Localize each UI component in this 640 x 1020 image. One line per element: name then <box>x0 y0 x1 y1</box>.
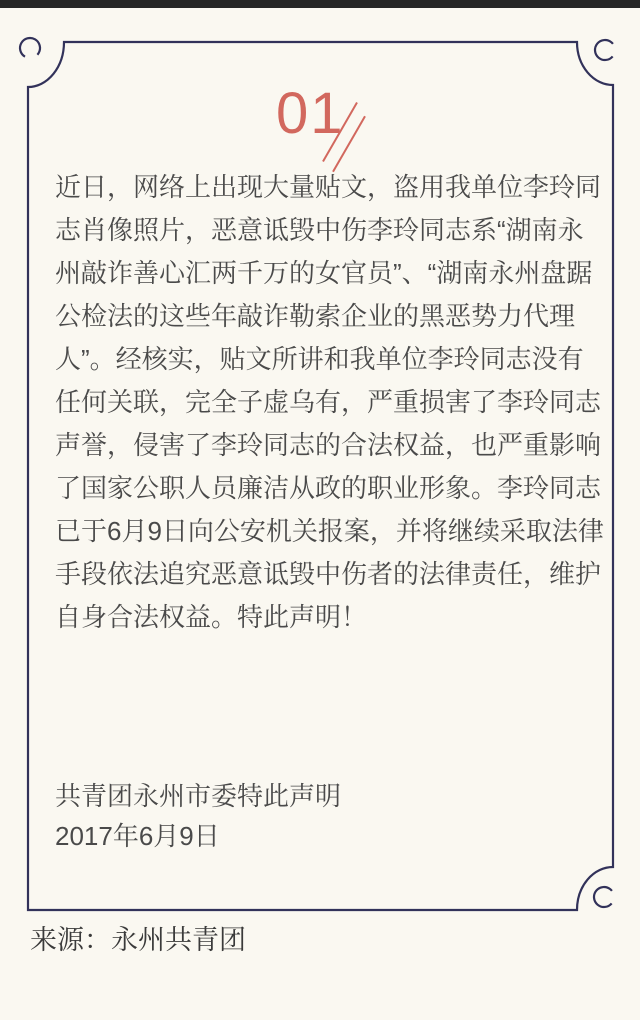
body-line: 已于6月9日向公安机关报案，并将继续采取法律 <box>55 510 595 553</box>
corner-ring-icon <box>16 34 43 61</box>
body-line: 公检法的这些年敲诈勒索企业的黑恶势力代理 <box>55 295 595 338</box>
body-line: 了国家公职人员廉洁从政的职业形象。李玲同志 <box>55 467 595 510</box>
body-line: 志肖像照片，恶意诋毁中伤李玲同志系“湖南永 <box>55 209 595 252</box>
article-page: 01 近日，网络上出现大量贴文，盗用我单位李玲同 志肖像照片，恶意诋毁中伤李玲同… <box>0 0 640 1020</box>
signature-text: 共青团永州市委特此声明 <box>55 776 341 816</box>
body-line: 声誉，侵害了李玲同志的合法权益，也严重影响 <box>55 424 595 467</box>
corner-ring-icon <box>591 36 619 64</box>
body-line: 手段依法追究恶意诋毁中伤者的法律责任，维护 <box>55 553 595 596</box>
signature-block: 共青团永州市委特此声明 2017年6月9日 <box>55 776 341 856</box>
section-number: 01 <box>276 84 345 144</box>
body-line: 自身合法权益。特此声明！ <box>55 596 595 639</box>
status-bar <box>0 0 640 8</box>
body-line: 近日，网络上出现大量贴文，盗用我单位李玲同 <box>55 166 595 209</box>
source-attribution: 来源：永州共青团 <box>30 922 246 958</box>
body-line: 任何关联，完全子虚乌有，严重损害了李玲同志 <box>55 381 595 424</box>
statement-date: 2017年6月9日 <box>55 816 341 856</box>
corner-ring-icon <box>590 883 618 911</box>
statement-body: 近日，网络上出现大量贴文，盗用我单位李玲同 志肖像照片，恶意诋毁中伤李玲同志系“… <box>55 166 595 639</box>
body-line: 人”。经核实，贴文所讲和我单位李玲同志没有 <box>55 338 595 381</box>
body-line: 州敲诈善心汇两千万的女官员”、“湖南永州盘踞 <box>55 252 595 295</box>
